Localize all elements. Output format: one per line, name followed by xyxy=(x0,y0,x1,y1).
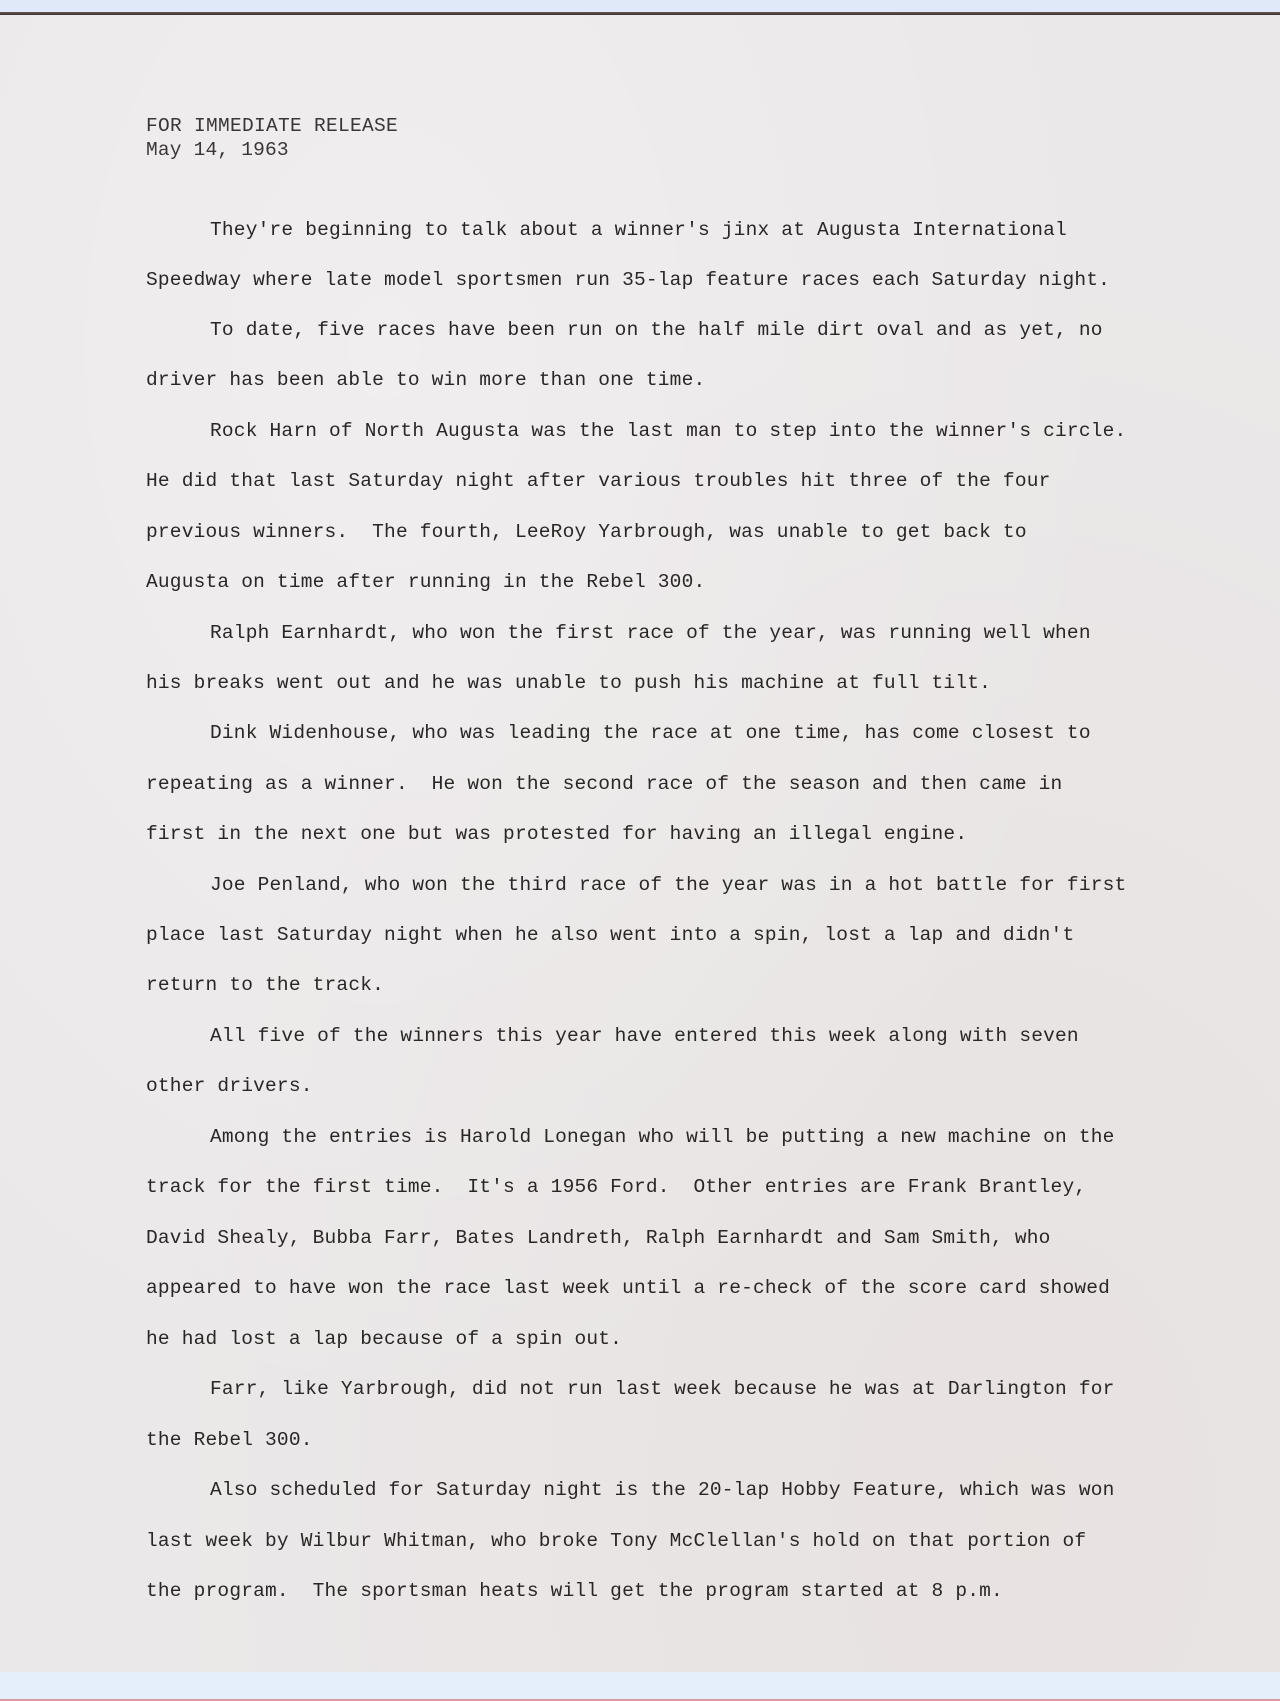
body-line: repeating as a winner. He won the second… xyxy=(146,772,1062,796)
body-line: Among the entries is Harold Lonegan who … xyxy=(210,1125,1115,1149)
body-line: Joe Penland, who won the third race of t… xyxy=(210,873,1126,897)
body-line: Speedway where late model sportsmen run … xyxy=(146,268,1110,292)
body-line: All five of the winners this year have e… xyxy=(210,1024,1079,1048)
body-line: other drivers. xyxy=(146,1074,313,1098)
body-line: Farr, like Yarbrough, did not run last w… xyxy=(210,1377,1115,1401)
body-line: he had lost a lap because of a spin out. xyxy=(146,1327,622,1351)
body-line: David Shealy, Bubba Farr, Bates Landreth… xyxy=(146,1226,1051,1250)
scanner-background-bottom xyxy=(0,1672,1280,1699)
body-line: driver has been able to win more than on… xyxy=(146,368,705,392)
body-line: track for the first time. It's a 1956 Fo… xyxy=(146,1175,1086,1199)
body-line: He did that last Saturday night after va… xyxy=(146,469,1051,493)
body-line: the Rebel 300. xyxy=(146,1428,313,1452)
release-heading: FOR IMMEDIATE RELEASE xyxy=(146,115,398,137)
body-line: his breaks went out and he was unable to… xyxy=(146,671,991,695)
scanner-background-top xyxy=(0,0,1280,12)
body-line: the program. The sportsman heats will ge… xyxy=(146,1579,1003,1603)
body-line: previous winners. The fourth, LeeRoy Yar… xyxy=(146,520,1027,544)
body-line: appeared to have won the race last week … xyxy=(146,1276,1110,1300)
body-line: last week by Wilbur Whitman, who broke T… xyxy=(146,1529,1086,1553)
body-line: Augusta on time after running in the Reb… xyxy=(146,570,705,594)
body-line: return to the track. xyxy=(146,973,384,997)
release-date: May 14, 1963 xyxy=(146,139,289,161)
body-line: To date, five races have been run on the… xyxy=(210,318,1103,342)
body-line: place last Saturday night when he also w… xyxy=(146,923,1074,947)
body-line: Rock Harn of North Augusta was the last … xyxy=(210,419,1126,443)
body-line: Also scheduled for Saturday night is the… xyxy=(210,1478,1115,1502)
body-line: Ralph Earnhardt, who won the first race … xyxy=(210,621,1091,645)
body-line: first in the next one but was protested … xyxy=(146,822,967,846)
body-line: Dink Widenhouse, who was leading the rac… xyxy=(210,721,1091,745)
body-line: They're beginning to talk about a winner… xyxy=(210,218,1067,242)
